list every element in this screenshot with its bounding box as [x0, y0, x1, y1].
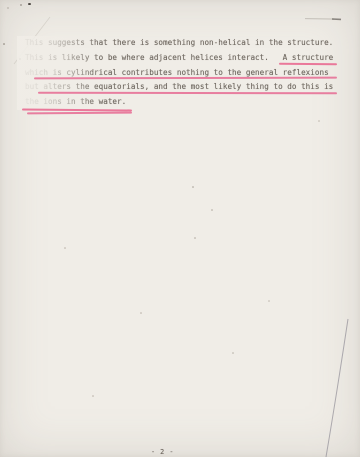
- paper-speck: [64, 247, 66, 249]
- paper-speck: [140, 312, 142, 314]
- ink-speck: [28, 3, 31, 5]
- paper-speck: [268, 300, 270, 302]
- pencil-dash-top-right: [305, 19, 334, 20]
- paper-speck: [232, 352, 234, 354]
- paper-speck: [211, 209, 213, 211]
- paper-speck: [3, 43, 5, 45]
- typed-paragraph: This suggests that there is something no…: [25, 36, 345, 110]
- typed-line-5: the ions in the water.: [25, 95, 345, 110]
- page-number: - 2 -: [151, 448, 174, 456]
- paper-speck: [92, 395, 94, 397]
- crease-bottom-right: [326, 319, 348, 457]
- underline-line-4: [38, 91, 337, 93]
- paper-speck: [318, 120, 320, 122]
- paper-speck: [194, 237, 196, 239]
- scanned-manuscript-page: This suggests that there is something no…: [0, 0, 360, 457]
- paper-speck: [19, 58, 21, 60]
- paper-speck: [7, 7, 9, 9]
- ink-speck: [20, 4, 22, 6]
- paper-speck: [192, 186, 194, 188]
- typed-line-1: This suggests that there is something no…: [25, 36, 345, 51]
